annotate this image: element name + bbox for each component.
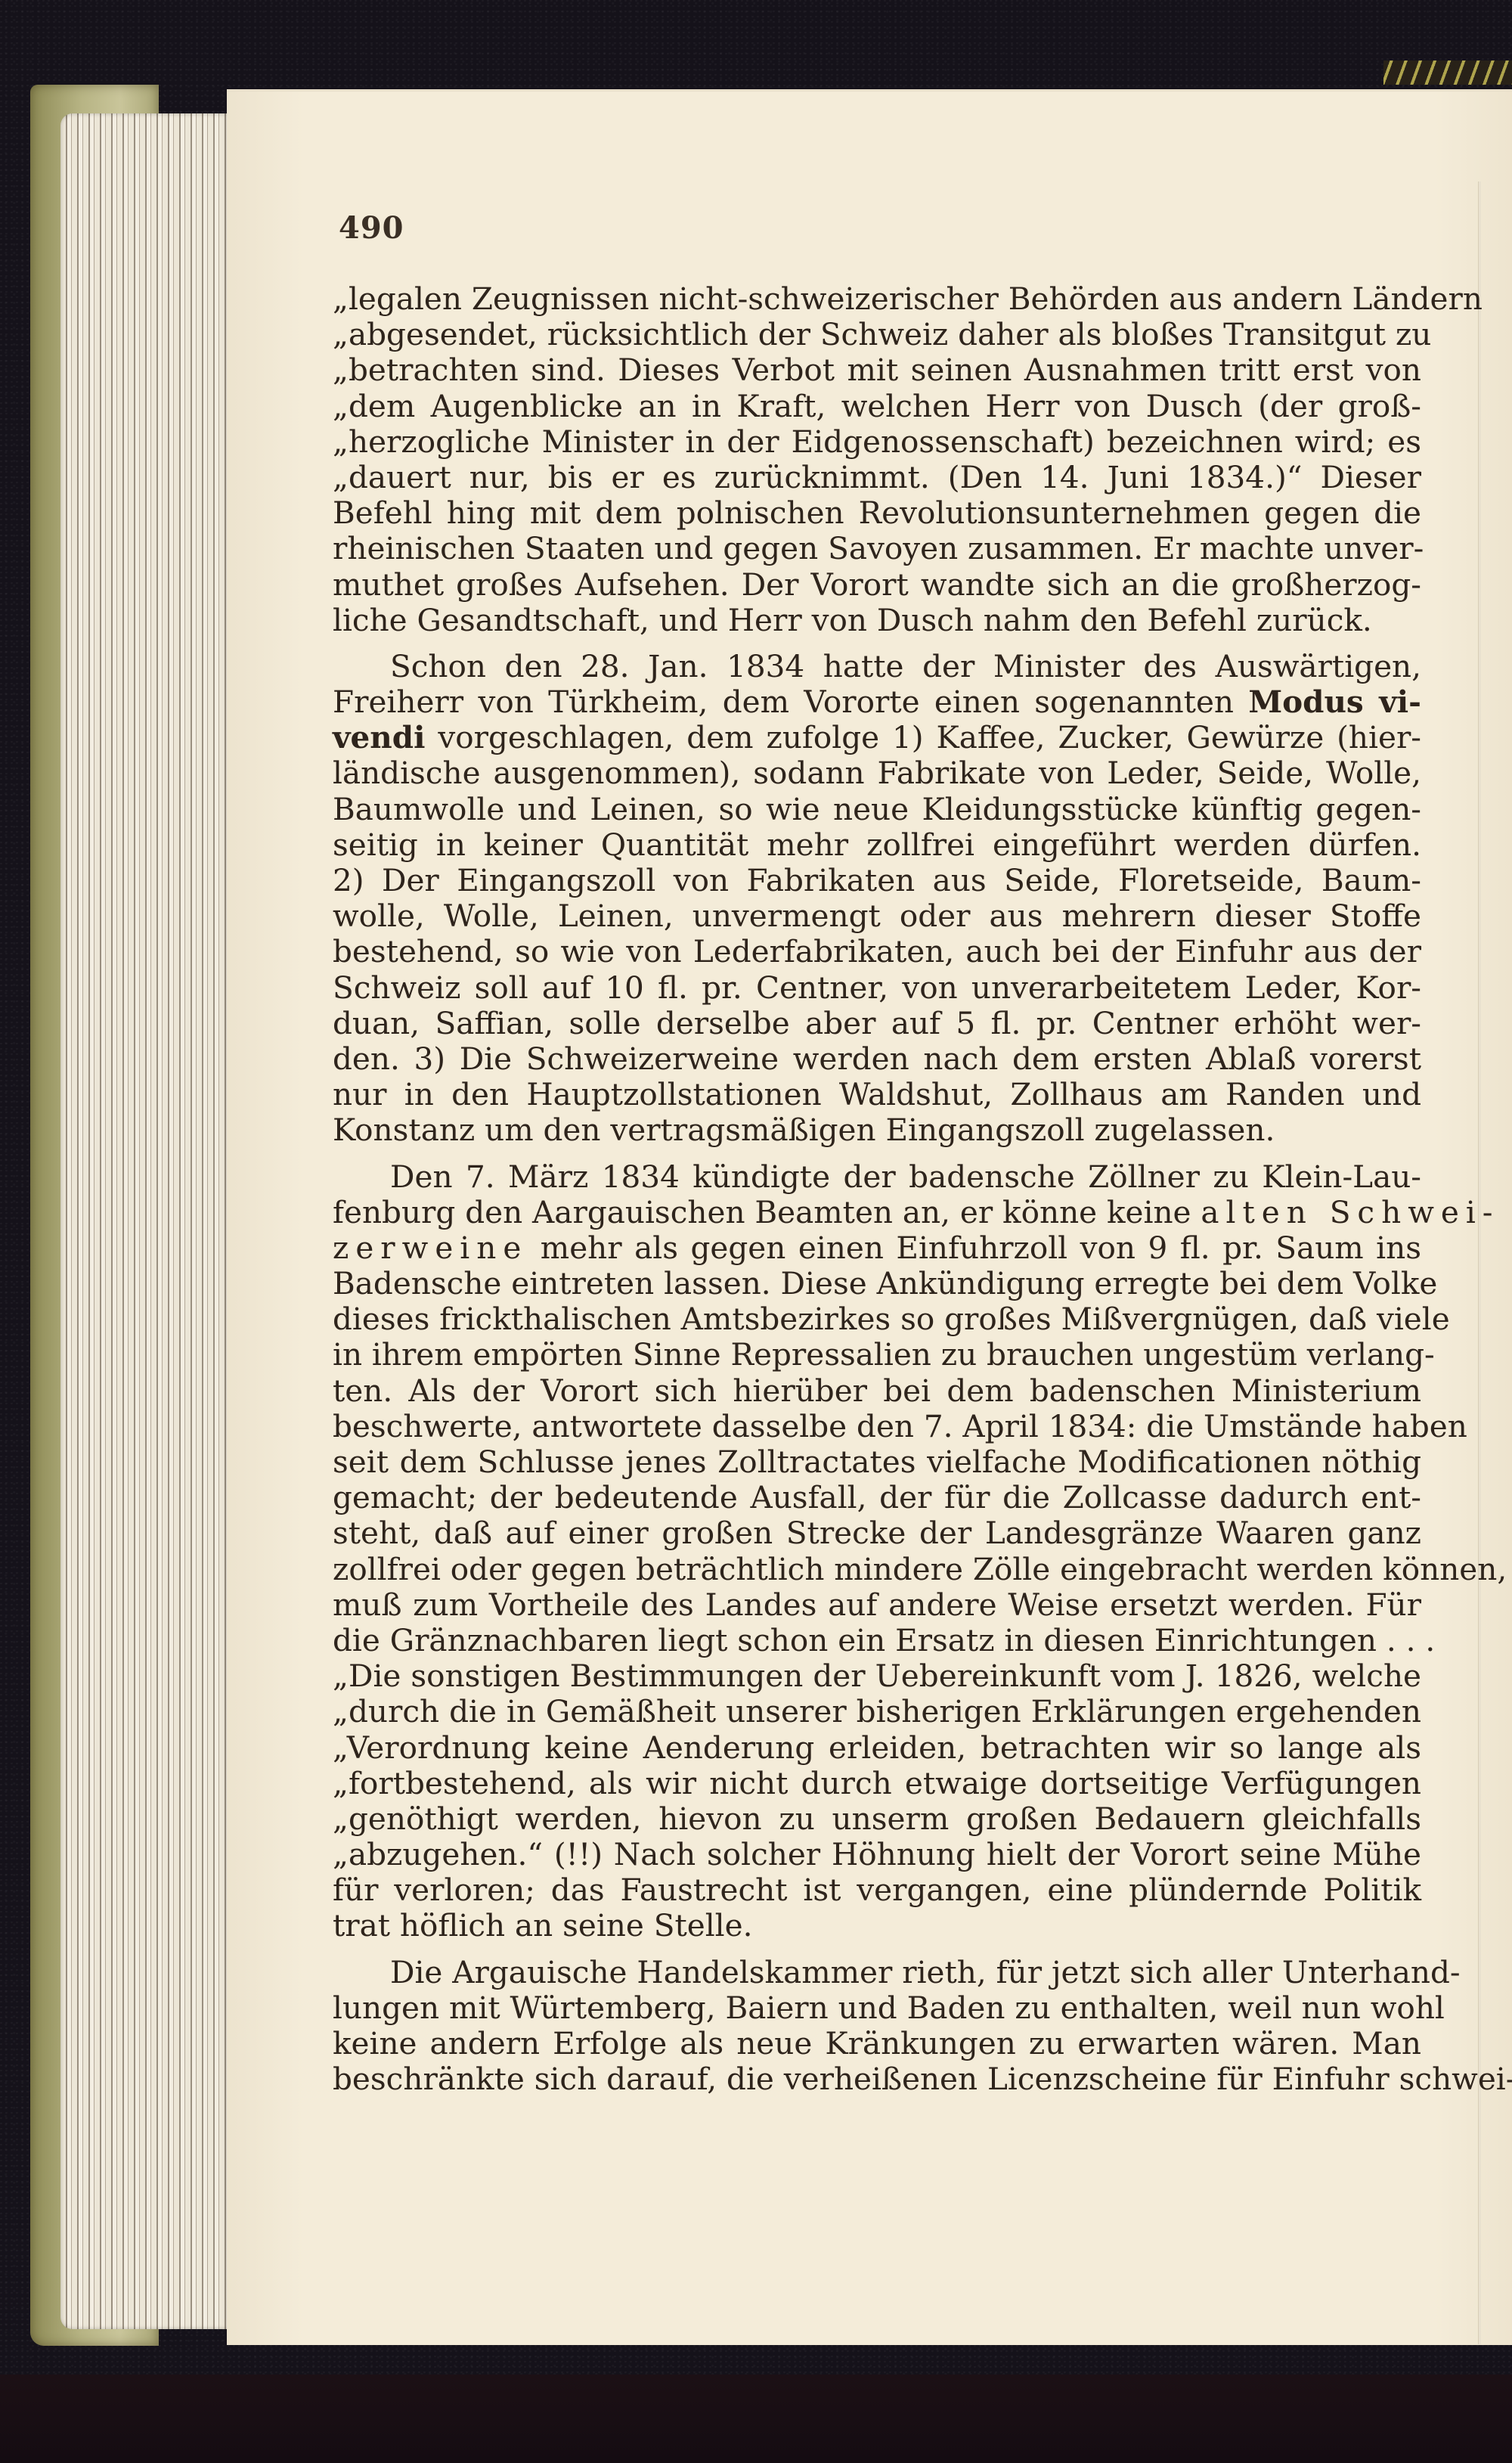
text-line: rheinischen Staaten und gegen Savoyen zu… [333, 531, 1421, 566]
headband-decoration [1383, 60, 1512, 85]
text-line: „abzugehen.“ (!!) Nach solcher Höhnung h… [333, 1837, 1421, 1872]
text-line: vendi vorgeschlagen, dem zufolge 1) Kaff… [333, 720, 1421, 755]
text-line: muß zum Vortheile des Landes auf andere … [333, 1587, 1421, 1623]
text-line: beschränkte sich darauf, die verheißenen… [333, 2061, 1421, 2097]
text-line: „herzogliche Minister in der Eidgenossen… [333, 424, 1421, 460]
paragraph: Schon den 28. Jan. 1834 hatte der Minist… [333, 649, 1421, 1149]
text-line: keine andern Erfolge als neue Kränkungen… [333, 2026, 1421, 2061]
emphasis: zerweine [333, 1230, 528, 1266]
text-line: „fortbestehend, als wir nicht durch etwa… [333, 1766, 1421, 1801]
text-line: lungen mit Würtemberg, Baiern und Baden … [333, 1990, 1421, 2026]
page-number: 490 [339, 210, 404, 246]
text-line: in ihrem empörten Sinne Repressalien zu … [333, 1337, 1421, 1373]
text-line: Badensche eintreten lassen. Diese Ankünd… [333, 1266, 1421, 1301]
text-line: ten. Als der Vorort sich hierüber bei de… [333, 1373, 1421, 1409]
text-line: bestehend, so wie von Lederfabrikaten, a… [333, 934, 1421, 969]
text-line: zerweine mehr als gegen einen Einfuhrzol… [333, 1230, 1421, 1266]
paragraph: Den 7. März 1834 kündigte der badensche … [333, 1159, 1421, 1944]
paragraph: Die Argauische Handelskammer rieth, für … [333, 1955, 1421, 2098]
text-line: „dauert nur, bis er es zurücknimmt. (Den… [333, 460, 1421, 495]
text-line: wolle, Wolle, Leinen, unvermengt oder au… [333, 898, 1421, 934]
text-line: liche Gesandtschaft, und Herr von Dusch … [333, 603, 1421, 638]
text-line: trat höflich an seine Stelle. [333, 1908, 1421, 1943]
text-line: dieses frickthalischen Amtsbezirkes so g… [333, 1301, 1421, 1337]
text-line: ländische ausgenommen), sodann Fabrikate… [333, 755, 1421, 791]
text-line: Schon den 28. Jan. 1834 hatte der Minist… [333, 649, 1421, 684]
paragraph-gap [333, 1944, 1421, 1955]
text-line: gemacht; der bedeutende Ausfall, der für… [333, 1480, 1421, 1515]
page-gutter [1478, 181, 1481, 2344]
body-text: „legalen Zeugnissen nicht-schweizerische… [333, 281, 1421, 2097]
text-line: „genöthigt werden, hievon zu unserm groß… [333, 1801, 1421, 1837]
text-line: „dem Augenblicke an in Kraft, welchen He… [333, 389, 1421, 424]
paragraph: „legalen Zeugnissen nicht-schweizerische… [333, 281, 1421, 638]
text-line: 2) Der Eingangszoll von Fabrikaten aus S… [333, 863, 1421, 898]
text-line: seitig in keiner Quantität mehr zollfrei… [333, 827, 1421, 863]
emphasis: alten Schwei- [1201, 1194, 1499, 1230]
text-line: „abgesendet, rücksichtlich der Schweiz d… [333, 317, 1421, 352]
text-line: fenburg den Aargauischen Beamten an, er … [333, 1195, 1421, 1230]
page-stack-edges [60, 113, 227, 2329]
text-line: steht, daß auf einer großen Strecke der … [333, 1515, 1421, 1551]
text-line: duan, Saffian, solle derselbe aber auf 5… [333, 1006, 1421, 1041]
text-line: Baumwolle und Leinen, so wie neue Kleidu… [333, 792, 1421, 827]
text-line: für verloren; das Faustrecht ist vergang… [333, 1872, 1421, 1908]
text-line: seit dem Schlusse jenes Zolltractates vi… [333, 1444, 1421, 1480]
latin-term: vendi [333, 719, 425, 755]
text-line: „betrachten sind. Dieses Verbot mit sein… [333, 352, 1421, 388]
paragraph-gap [333, 1149, 1421, 1159]
text-line: nur in den Hauptzollstationen Waldshut, … [333, 1077, 1421, 1112]
text-line: beschwerte, antwortete dasselbe den 7. A… [333, 1409, 1421, 1444]
text-line: „Verordnung keine Aenderung erleiden, be… [333, 1730, 1421, 1766]
latin-term: Modus vi- [1248, 684, 1421, 720]
text-line: Schweiz soll auf 10 fl. pr. Centner, von… [333, 970, 1421, 1006]
text-line: die Gränznachbaren liegt schon ein Ersat… [333, 1623, 1421, 1658]
paragraph-gap [333, 638, 1421, 649]
text-line: den. 3) Die Schweizerweine werden nach d… [333, 1041, 1421, 1077]
text-line: Konstanz um den vertragsmäßigen Eingangs… [333, 1112, 1421, 1148]
text-line: Den 7. März 1834 kündigte der badensche … [333, 1159, 1421, 1195]
text-line: zollfrei oder gegen beträchtlich mindere… [333, 1552, 1421, 1587]
text-line: „durch die in Gemäßheit unserer bisherig… [333, 1694, 1421, 1729]
text-line: Freiherr von Türkheim, dem Vororte einen… [333, 684, 1421, 720]
background-lower [0, 2375, 1512, 2463]
text-line: muthet großes Aufsehen. Der Vorort wandt… [333, 567, 1421, 603]
text-line: Die Argauische Handelskammer rieth, für … [333, 1955, 1421, 1990]
text-line: „Die sonstigen Bestimmungen der Ueberein… [333, 1658, 1421, 1694]
text-line: Befehl hing mit dem polnischen Revolutio… [333, 495, 1421, 531]
text-line: „legalen Zeugnissen nicht-schweizerische… [333, 281, 1421, 317]
